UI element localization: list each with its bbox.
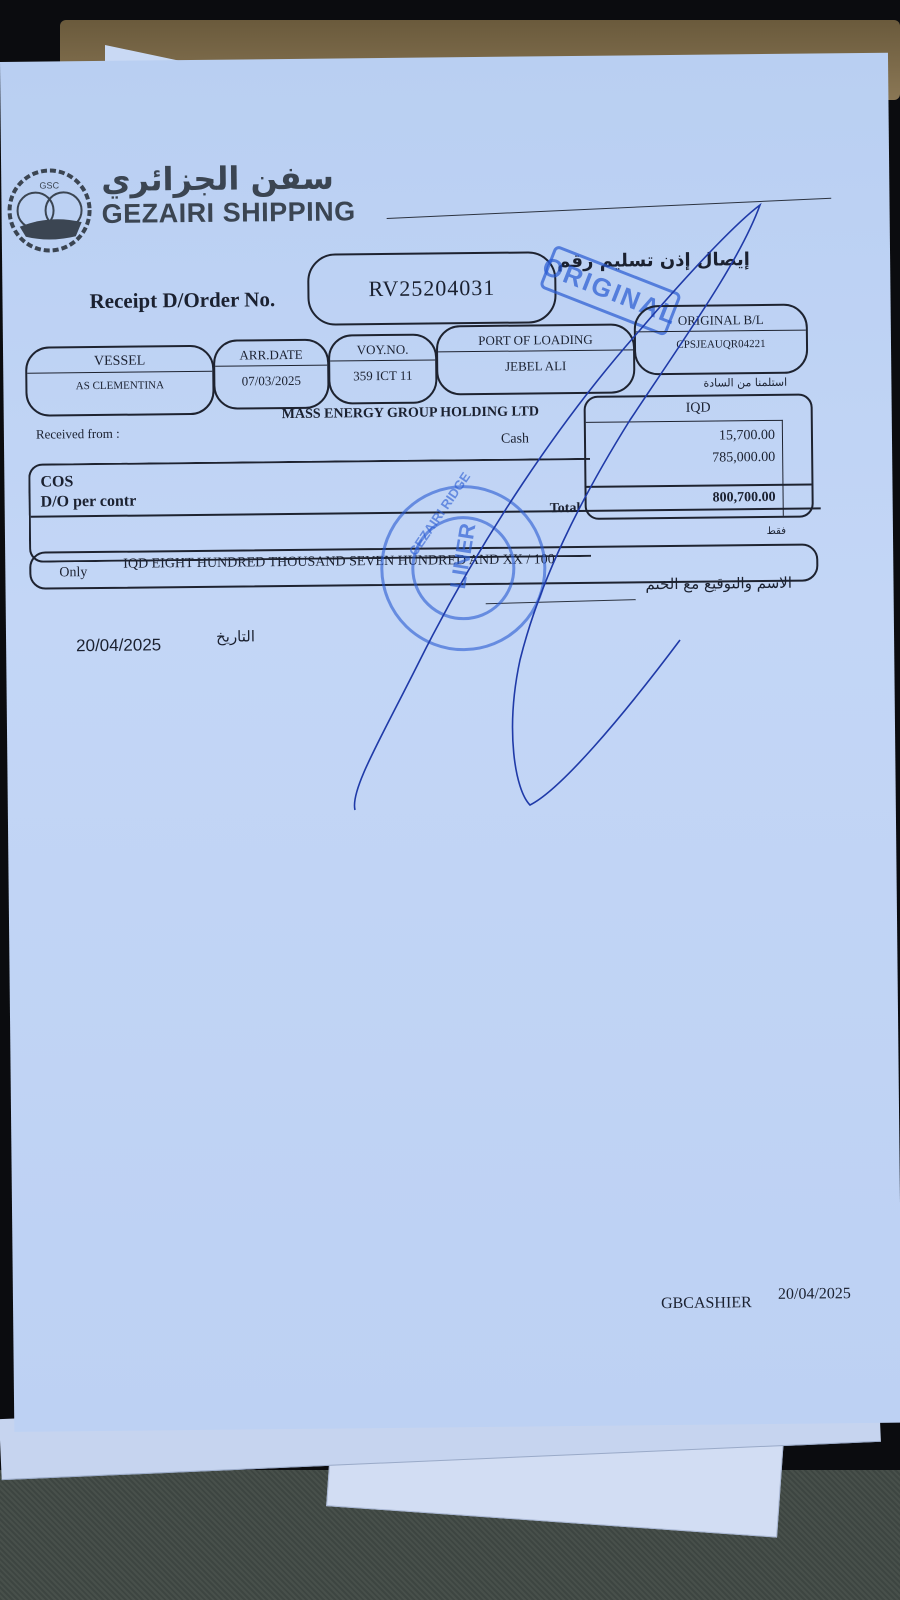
date-label-arabic: التاريخ [216, 627, 255, 645]
charge-description-1: COS [40, 473, 73, 491]
original-bl-field: ORIGINAL B/L CPSJEAUQR04221 [634, 304, 809, 376]
port-of-loading-value: JEBEL ALI [438, 350, 633, 375]
company-logo-icon: GSC [5, 166, 94, 255]
currency-label: IQD [586, 400, 811, 418]
voyage-number-label: VOY.NO. [330, 335, 435, 361]
company-name: GEZAIRI SHIPPING [101, 196, 355, 230]
signature-label-arabic: الاسم والتوقيع مع الختم [645, 574, 792, 594]
receipt-number: RV25204031 [307, 251, 557, 326]
voyage-number-field: VOY.NO. 359 ICT 11 [328, 333, 438, 404]
header-divider [387, 198, 832, 219]
original-bl-value: CPSJEAUQR04221 [636, 331, 806, 352]
total-label: Total [550, 501, 581, 517]
arrival-date-label: ARR.DATE [215, 341, 327, 367]
company-name-arabic: سفن الجزائري [101, 159, 334, 199]
port-of-loading-label: PORT OF LOADING [438, 325, 633, 352]
payment-method: Cash [501, 431, 529, 447]
vessel-label: VESSEL [27, 347, 212, 374]
cashier-date: 20/04/2025 [778, 1285, 851, 1304]
port-of-loading-field: PORT OF LOADING JEBEL ALI [436, 323, 636, 395]
only-label-arabic: فقط [767, 526, 786, 537]
total-amount: 800,700.00 [713, 490, 776, 507]
arrival-date-field: ARR.DATE 07/03/2025 [213, 339, 330, 410]
amount-line-1: 15,700.00 [719, 428, 775, 445]
amount-line-2: 785,000.00 [712, 450, 775, 467]
received-from-label: Received from : [36, 426, 120, 443]
arrival-date-value: 07/03/2025 [215, 366, 327, 390]
svg-text:GSC: GSC [39, 180, 59, 190]
receipt-number-label: Receipt D/Order No. [89, 287, 275, 314]
charge-description-2: D/O per contr [41, 493, 137, 512]
receipt-sheet: GSC سفن الجزائري GEZAIRI SHIPPING Receip… [0, 53, 900, 1432]
only-label: Only [59, 565, 87, 581]
received-from-value: MASS ENERGY GROUP HOLDING LTD [282, 404, 539, 423]
received-from-label-arabic: استلمنا من السادة [703, 376, 787, 390]
receipt-date: 20/04/2025 [76, 635, 161, 656]
voyage-number-value: 359 ICT 11 [330, 360, 435, 384]
amount-box: IQD 15,700.00 785,000.00 800,700.00 [584, 394, 814, 520]
vessel-value: AS CLEMENTINA [27, 372, 212, 393]
cashier-name: GBCASHIER [661, 1294, 752, 1313]
vessel-field: VESSEL AS CLEMENTINA [25, 345, 215, 417]
original-bl-label: ORIGINAL B/L [636, 306, 806, 333]
company-round-stamp: GEZAIRI RIDGE LINER [379, 484, 547, 652]
